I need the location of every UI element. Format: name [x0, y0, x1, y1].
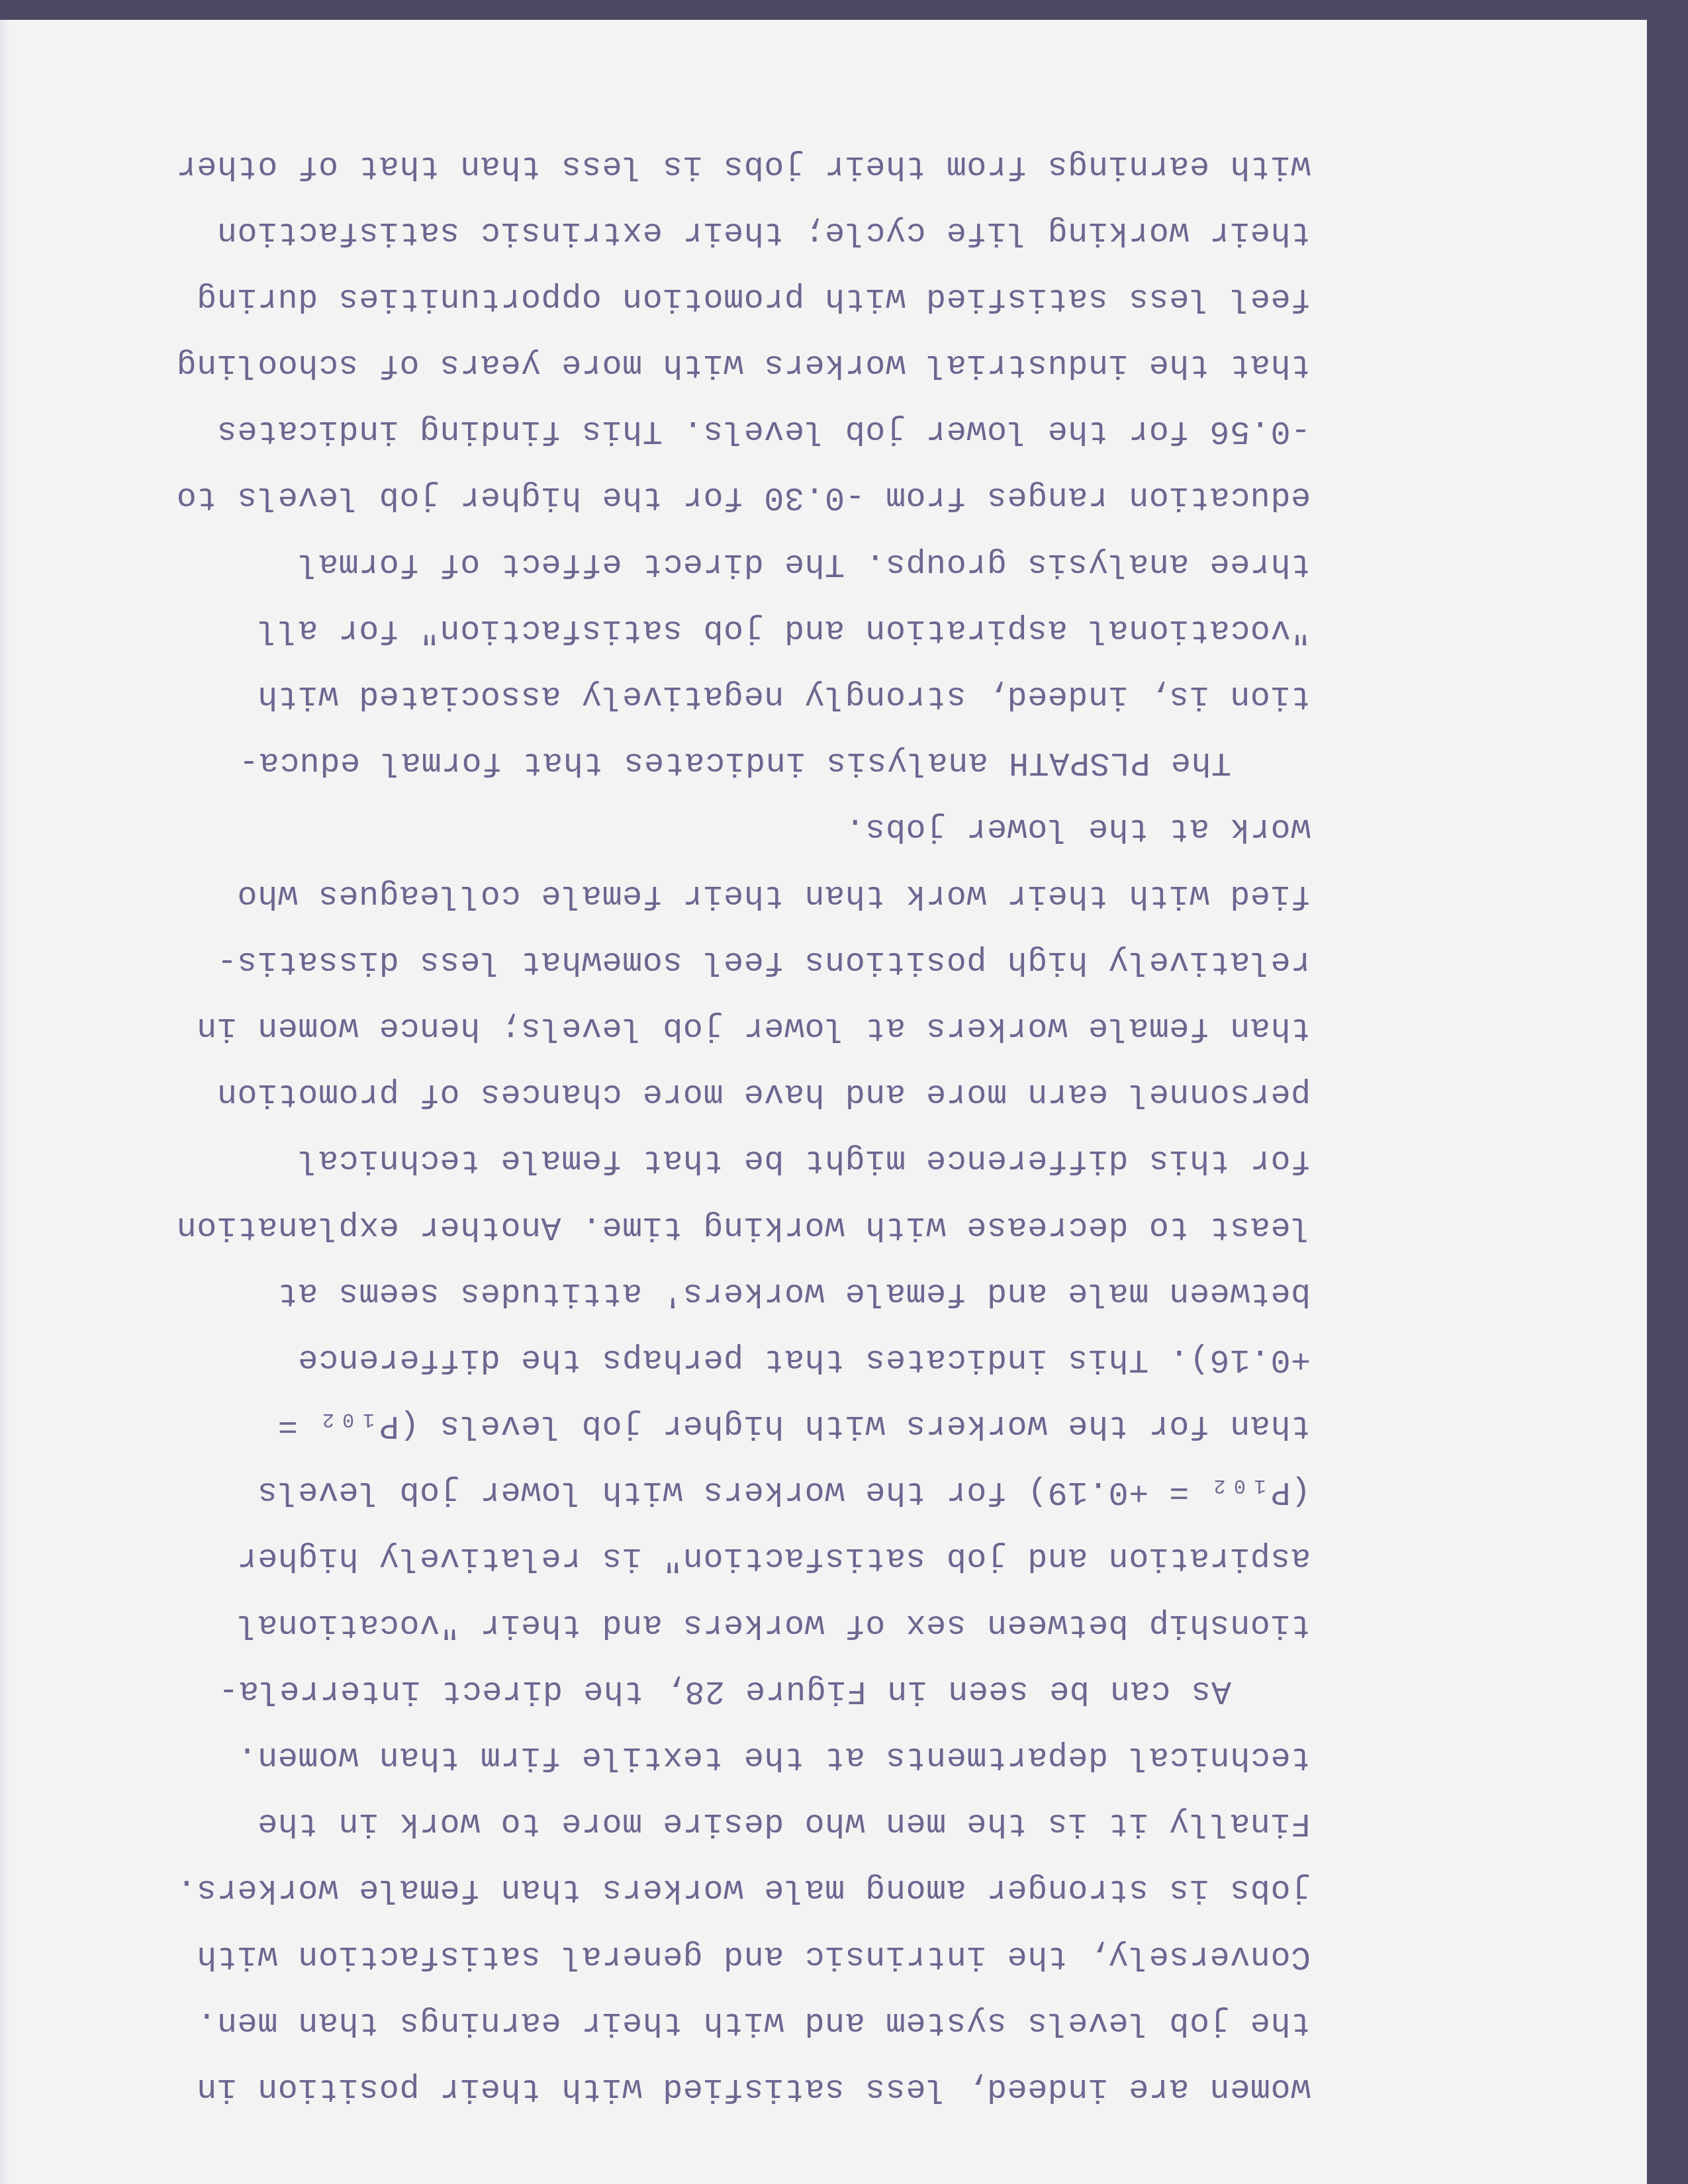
text-line: feel less satisfied with promotion oppor… — [172, 265, 1311, 331]
text-line: work at the lower jobs. — [172, 795, 1311, 861]
text-line: fied with their work than their female c… — [172, 861, 1311, 927]
text-line: As can be seen in Figure 28, the direct … — [172, 1657, 1311, 1723]
text-line: relatively high positions feel somewhat … — [172, 928, 1311, 994]
text-line: that the industrial workers with more ye… — [172, 331, 1311, 397]
scanner-border-top — [0, 0, 1688, 20]
text-line: tion is, indeed, strongly negatively ass… — [172, 662, 1311, 729]
text-line: -0.56 for the lower job levels. This fin… — [172, 397, 1311, 463]
scanned-page: women are indeed, less satisfied with th… — [0, 0, 1688, 2184]
text-line: Finally it is the men who desire more to… — [172, 1790, 1311, 1856]
text-line: women are indeed, less satisfied with th… — [172, 2055, 1311, 2121]
text-line: The PLSPATH analysis indicates that form… — [172, 729, 1311, 795]
text-line: than for the workers with higher job lev… — [172, 1392, 1311, 1458]
text-line: than female workers at lower job levels;… — [172, 994, 1311, 1060]
text-line: jobs is stronger among male workers than… — [172, 1856, 1311, 1922]
text-line: three analysis groups. The direct effect… — [172, 530, 1311, 596]
text-line: aspiration and job satisfaction" is rela… — [172, 1524, 1311, 1590]
text-line: education ranges from -0.30 for the high… — [172, 463, 1311, 529]
text-line: between male and female workers' attitud… — [172, 1259, 1311, 1326]
text-line: least to decrease with working time. Ano… — [172, 1193, 1311, 1259]
text-line: tionship between sex of workers and thei… — [172, 1591, 1311, 1657]
body-text: women are indeed, less satisfied with th… — [172, 132, 1311, 2121]
text-line: with earnings from their jobs is less th… — [172, 132, 1311, 198]
text-line: their working life cycle; their extrinsi… — [172, 199, 1311, 265]
text-line: personnel earn more and have more chance… — [172, 1060, 1311, 1126]
scanner-border-right — [1647, 0, 1688, 2184]
text-line: +0.16). This indicates that perhaps the … — [172, 1326, 1311, 1392]
text-line: the job levels system and with their ear… — [172, 1989, 1311, 2055]
text-line: "vocational aspiration and job satisfact… — [172, 596, 1311, 662]
text-line: technical departments at the textile fir… — [172, 1723, 1311, 1790]
text-line: for this difference might be that female… — [172, 1126, 1311, 1193]
text-line: (P₁₀₂ = +0.19) for the workers with lowe… — [172, 1458, 1311, 1524]
text-line: Conversely, the intrinsic and general sa… — [172, 1922, 1311, 1988]
